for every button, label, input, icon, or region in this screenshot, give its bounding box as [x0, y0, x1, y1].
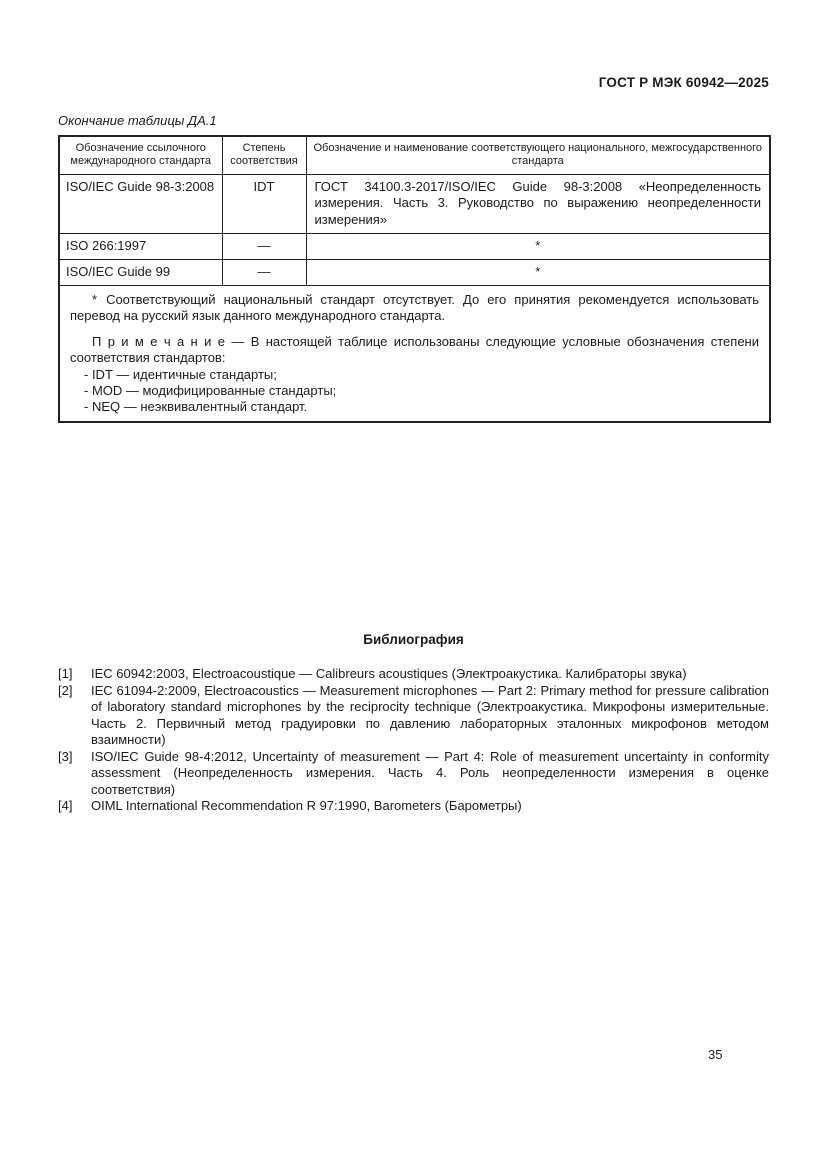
bibliography-item: [1] IEC 60942:2003, Electroacoustique — … [58, 666, 769, 683]
table-header-row: Обозначение ссылочного международного ст… [59, 136, 770, 174]
cell-reference-standard: ISO 266:1997 [59, 234, 222, 260]
note-label: П р и м е ч а н и е [92, 334, 225, 349]
cell-reference-standard: ISO/IEC Guide 99 [59, 260, 222, 286]
document-header: ГОСТ Р МЭК 60942—2025 [599, 75, 769, 90]
note-list-item: - MOD — модифицированные стандарты; [84, 383, 759, 399]
col-header-national-standard: Обозначение и наименование соответствующ… [306, 136, 770, 174]
bibliography-item-number: [4] [58, 798, 91, 815]
table-footnote-row: *Соответствующий национальный стандарт о… [59, 286, 770, 423]
cell-degree: IDT [222, 174, 306, 234]
bibliography-item-text: IEC 61094-2:2009, Electroacoustics — Mea… [91, 683, 769, 749]
standards-correspondence-table: Обозначение ссылочного международного ст… [58, 135, 771, 423]
col-header-reference-standard: Обозначение ссылочного международного ст… [59, 136, 222, 174]
bibliography-item-text: IEC 60942:2003, Electroacoustique — Cali… [91, 666, 769, 683]
footnote-marker: * [92, 292, 97, 307]
document-page: ГОСТ Р МЭК 60942—2025 Окончание таблицы … [0, 0, 827, 1169]
table-footnote-cell: *Соответствующий национальный стандарт о… [59, 286, 770, 423]
table-caption: Окончание таблицы ДА.1 [58, 113, 217, 128]
cell-degree: — [222, 260, 306, 286]
table-row: ISO 266:1997 — * [59, 234, 770, 260]
cell-national-standard: ГОСТ 34100.3-2017/ISO/IEC Guide 98-3:200… [306, 174, 770, 234]
bibliography-item: [2] IEC 61094-2:2009, Electroacoustics —… [58, 683, 769, 749]
cell-degree: — [222, 234, 306, 260]
bibliography-item-number: [3] [58, 749, 91, 799]
table-row: ISO/IEC Guide 98-3:2008 IDT ГОСТ 34100.3… [59, 174, 770, 234]
bibliography-section: Библиография [1] IEC 60942:2003, Electro… [58, 632, 769, 815]
table-footnote: *Соответствующий национальный стандарт о… [70, 292, 759, 324]
cell-national-standard: * [306, 234, 770, 260]
bibliography-item: [4] OIML International Recommendation R … [58, 798, 769, 815]
bibliography-item-number: [1] [58, 666, 91, 683]
page-number: 35 [708, 1047, 722, 1062]
footnote-text: Соответствующий национальный стандарт от… [70, 292, 759, 323]
note-list-item: - NEQ — неэквивалентный стандарт. [84, 399, 759, 415]
bibliography-item-text: ISO/IEC Guide 98-4:2012, Uncertainty of … [91, 749, 769, 799]
bibliography-item-number: [2] [58, 683, 91, 749]
bibliography-item-text: OIML International Recommendation R 97:1… [91, 798, 769, 815]
bibliography-title: Библиография [58, 632, 769, 647]
bibliography-item: [3] ISO/IEC Guide 98-4:2012, Uncertainty… [58, 749, 769, 799]
table-note: П р и м е ч а н и е — В настоящей таблиц… [70, 334, 759, 366]
table-row: ISO/IEC Guide 99 — * [59, 260, 770, 286]
col-header-degree: Степень соответствия [222, 136, 306, 174]
cell-reference-standard: ISO/IEC Guide 98-3:2008 [59, 174, 222, 234]
cell-national-standard: * [306, 260, 770, 286]
note-list-item: - IDT — идентичные стандарты; [84, 367, 759, 383]
